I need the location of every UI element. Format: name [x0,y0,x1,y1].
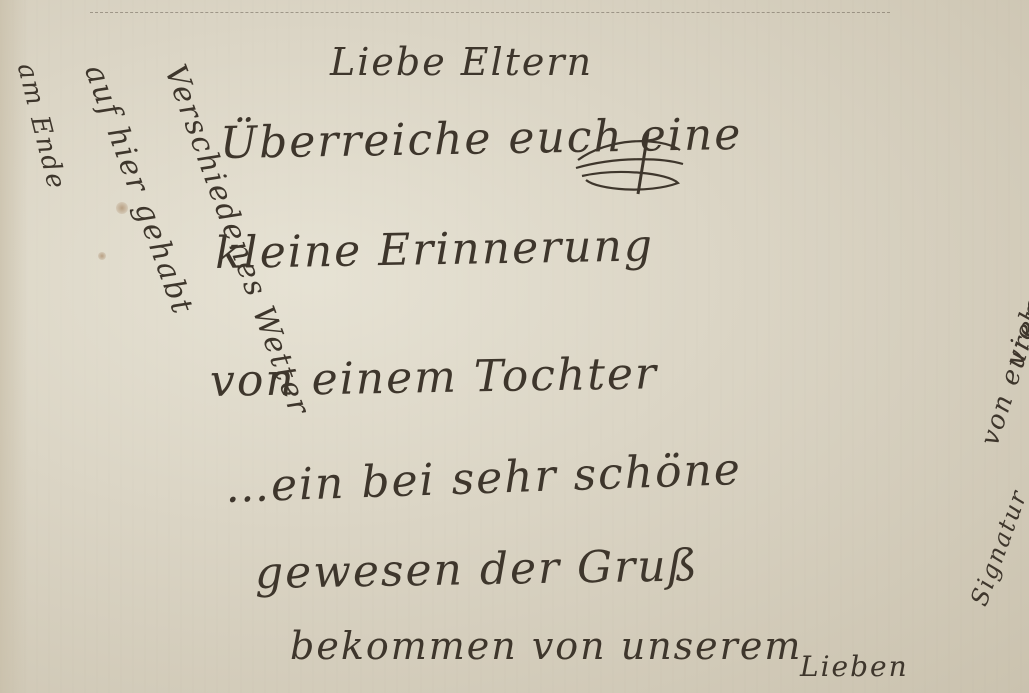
trailing-word: Lieben [800,650,909,683]
ink-stain [98,252,106,260]
body-line-5: gewesen der Gruß [255,540,700,599]
postcard: Liebe Eltern Überreiche euch eine kleine… [0,0,1029,693]
top-dashed-rule [90,12,890,13]
signature: Signatur [965,486,1029,610]
body-line-6: bekommen von unserem [290,624,802,668]
salutation: Liebe Eltern [330,40,593,84]
body-line-2: kleine Erinnerung [215,220,655,279]
strikethrough-scribble [568,128,688,198]
body-line-4: …ein bei sehr schöne [224,444,743,513]
right-margin-line-2: von euren [975,297,1029,449]
